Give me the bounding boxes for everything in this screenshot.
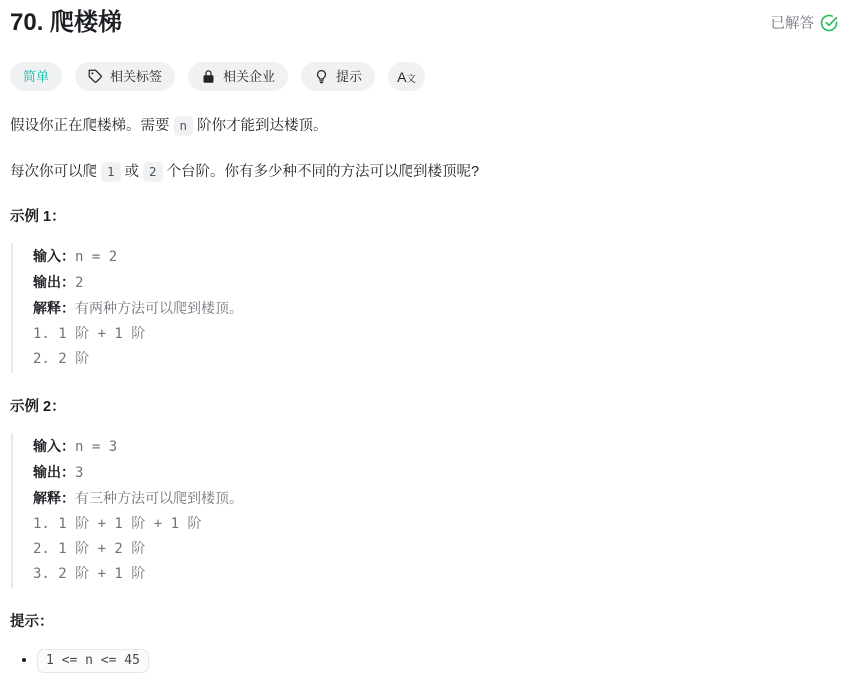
constraints-list: 1 <= n <= 45 xyxy=(10,648,838,673)
example-input-line: 输入：n = 2 xyxy=(33,244,838,270)
inline-code-2: 2 xyxy=(143,162,163,182)
example-2-heading: 示例 2： xyxy=(10,398,838,417)
description-paragraph-2: 每次你可以爬1或2个台阶。你有多少种不同的方法可以爬到楼顶呢? xyxy=(10,161,838,183)
example-1-block: 输入：n = 2 输出：2 解释：有两种方法可以爬到楼顶。 1. 1 阶 + 1… xyxy=(11,243,838,373)
title-row: 70. 爬楼梯 已解答 xyxy=(10,7,838,38)
page-title: 70. 爬楼梯 xyxy=(10,7,122,38)
solved-status: 已解答 xyxy=(771,12,839,33)
example-step-line: 2. 1 阶 + 2 阶 xyxy=(33,537,838,562)
tag-icon xyxy=(88,69,103,84)
lock-icon xyxy=(201,69,216,84)
constraint-item: 1 <= n <= 45 xyxy=(37,648,838,673)
example-2-block: 输入：n = 3 输出：3 解释：有三种方法可以爬到楼顶。 1. 1 阶 + 1… xyxy=(11,433,838,588)
example-step-line: 1. 1 阶 + 1 阶 + 1 阶 xyxy=(33,512,838,537)
related-tags-button[interactable]: 相关标签 xyxy=(75,62,175,91)
constraints-heading: 提示： xyxy=(10,613,838,632)
lightbulb-icon xyxy=(314,69,329,84)
hint-label: 提示 xyxy=(336,70,362,83)
inline-code-1: 1 xyxy=(101,162,121,182)
related-companies-button[interactable]: 相关企业 xyxy=(188,62,288,91)
meta-row: 简单 相关标签 相关企业 提示 A 文 xyxy=(10,62,838,91)
example-1-heading: 示例 1： xyxy=(10,208,838,227)
example-step-line: 2. 2 阶 xyxy=(33,347,838,372)
example-step-line: 3. 2 阶 + 1 阶 xyxy=(33,562,838,587)
related-tags-label: 相关标签 xyxy=(110,70,162,83)
problem-page: 70. 爬楼梯 已解答 简单 相关标签 相关企业 xyxy=(0,0,848,673)
inline-code-n: n xyxy=(174,116,194,136)
constraint-code: 1 <= n <= 45 xyxy=(37,649,149,673)
difficulty-badge: 简单 xyxy=(10,62,62,91)
example-step-line: 1. 1 阶 + 1 阶 xyxy=(33,322,838,347)
example-explain-line: 解释：有三种方法可以爬到楼顶。 xyxy=(33,486,838,512)
related-companies-label: 相关企业 xyxy=(223,70,275,83)
check-circle-icon xyxy=(820,14,838,32)
example-output-line: 输出：2 xyxy=(33,270,838,296)
example-input-line: 输入：n = 3 xyxy=(33,434,838,460)
description-paragraph-1: 假设你正在爬楼梯。需要n阶你才能到达楼顶。 xyxy=(10,115,838,137)
text-format-button[interactable]: A 文 xyxy=(388,62,425,91)
text-format-icon: A xyxy=(397,70,406,84)
hint-button[interactable]: 提示 xyxy=(301,62,375,91)
solved-status-label: 已解答 xyxy=(771,12,815,33)
difficulty-label: 简单 xyxy=(23,70,49,83)
example-output-line: 输出：3 xyxy=(33,460,838,486)
example-explain-line: 解释：有两种方法可以爬到楼顶。 xyxy=(33,296,838,322)
